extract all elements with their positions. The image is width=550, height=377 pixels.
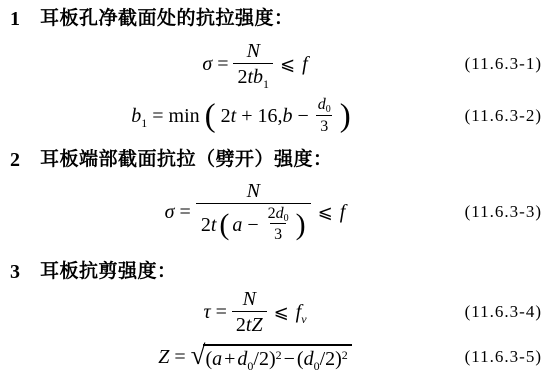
section-number: 1 (10, 6, 27, 32)
equals-sign: = (216, 301, 227, 324)
numerator: N (243, 40, 264, 63)
subscript-0: 0 (326, 104, 331, 115)
numerator: 2d0 (264, 205, 293, 224)
equals-sign: = (180, 201, 191, 224)
var-d: d (237, 348, 247, 370)
term-16-comma-b: 16,b (257, 105, 292, 128)
section-number: 3 (10, 259, 27, 285)
equals-sign: = (174, 346, 185, 369)
big-paren-left: ( (205, 99, 216, 133)
plus-sign: + (241, 105, 252, 128)
denominator: 2tb1 (233, 63, 273, 89)
numerator: d0 (314, 96, 335, 115)
term-2t: 2t (201, 213, 217, 237)
var-tau: τ (203, 301, 210, 324)
var-sigma: σ (202, 53, 212, 76)
equation-number-4: (11.6.3-4) (465, 302, 542, 322)
big-paren-left: ( (219, 210, 229, 240)
equation-row-1: σ = N 2tb1 ⩽ f (11.6.3-1) (0, 36, 550, 92)
section-title: 耳板孔净截面处的抗拉强度： (40, 6, 294, 32)
var-fv: fv (296, 301, 307, 324)
fraction: N 2tb1 (233, 40, 273, 89)
leq-symbol: ⩽ (280, 54, 295, 75)
radicand: (a+d0/2)2−(d0/2)2 (203, 344, 351, 371)
formula-z-definition: Z = √ (a+d0/2)2−(d0/2)2 (158, 343, 352, 371)
fraction: N 2tZ (232, 288, 267, 337)
var-z: Z (158, 346, 169, 369)
minus-sign: − (247, 213, 258, 237)
fraction-d0-3: d0 3 (314, 96, 335, 136)
equals-sign: = (217, 53, 228, 76)
section-heading-2: 2 耳板端部截面抗拉（劈开）强度： (10, 147, 333, 173)
equation-number-1: (11.6.3-1) (465, 54, 542, 74)
denominator: 2t ( a − 2d0 3 ) (196, 203, 311, 245)
var-f: f (340, 201, 346, 224)
var-b1: b1 (131, 105, 147, 128)
big-paren-right: ) (340, 99, 351, 133)
fraction-2d0-3: 2d0 3 (264, 205, 293, 245)
subscript-v: v (301, 312, 306, 326)
equation-number-2: (11.6.3-2) (465, 106, 542, 126)
var-a: a (232, 213, 242, 237)
var-d: d (304, 348, 314, 370)
square-root: √ (a+d0/2)2−(d0/2)2 (191, 343, 352, 371)
big-paren-right: ) (296, 210, 306, 240)
subscript-0: 0 (284, 213, 289, 224)
denominator: 3 (270, 223, 286, 244)
denominator: 3 (316, 115, 332, 136)
minus-sign: − (297, 105, 308, 128)
superscript-2: 2 (276, 348, 282, 362)
numerator: N (243, 180, 264, 203)
equation-row-4: τ = N 2tZ ⩽ fv (11.6.3-4) (0, 288, 550, 336)
subscript-1: 1 (263, 77, 269, 91)
fraction: N 2t ( a − 2d0 3 ) (196, 180, 311, 245)
document-page: 1 耳板孔净截面处的抗拉强度： σ = N 2tb1 ⩽ f (11.6.3-1… (0, 0, 550, 377)
formula-tau-shear: τ = N 2tZ ⩽ fv (203, 288, 306, 337)
leq-symbol: ⩽ (318, 202, 333, 223)
min-function: min (169, 105, 200, 128)
subscript-0: 0 (314, 359, 320, 373)
denominator: 2tZ (232, 311, 267, 337)
section-number: 2 (10, 147, 27, 173)
numerator: N (239, 288, 260, 311)
equation-number-5: (11.6.3-5) (465, 347, 542, 367)
equation-row-3: σ = N 2t ( a − 2d0 3 ) ⩽ f (11.6.3-3) (0, 172, 550, 252)
term-2t: 2t (221, 105, 237, 128)
section-heading-3: 3 耳板抗剪强度： (10, 259, 177, 285)
formula-sigma-net-section: σ = N 2tb1 ⩽ f (202, 40, 307, 89)
var-f: f (302, 53, 308, 76)
formula-sigma-end-section: σ = N 2t ( a − 2d0 3 ) ⩽ f (165, 180, 346, 245)
minus-sign: − (284, 348, 295, 370)
section-title: 耳板抗剪强度： (40, 259, 177, 285)
leq-symbol: ⩽ (274, 302, 289, 323)
superscript-2: 2 (342, 348, 348, 362)
equals-sign: = (152, 105, 163, 128)
section-heading-1: 1 耳板孔净截面处的抗拉强度： (10, 6, 294, 32)
formula-b1-min: b1 = min ( 2t + 16,b − d0 3 ) (131, 96, 351, 136)
equation-row-2: b1 = min ( 2t + 16,b − d0 3 ) (11.6.3-2) (0, 90, 550, 142)
var-sigma: σ (165, 201, 175, 224)
plus-sign: + (224, 348, 235, 370)
var-a: a (212, 348, 222, 370)
equation-number-3: (11.6.3-3) (465, 202, 542, 222)
subscript-1: 1 (141, 116, 147, 130)
section-title: 耳板端部截面抗拉（劈开）强度： (40, 147, 333, 173)
equation-row-5: Z = √ (a+d0/2)2−(d0/2)2 (11.6.3-5) (0, 338, 550, 376)
subscript-0: 0 (247, 359, 253, 373)
